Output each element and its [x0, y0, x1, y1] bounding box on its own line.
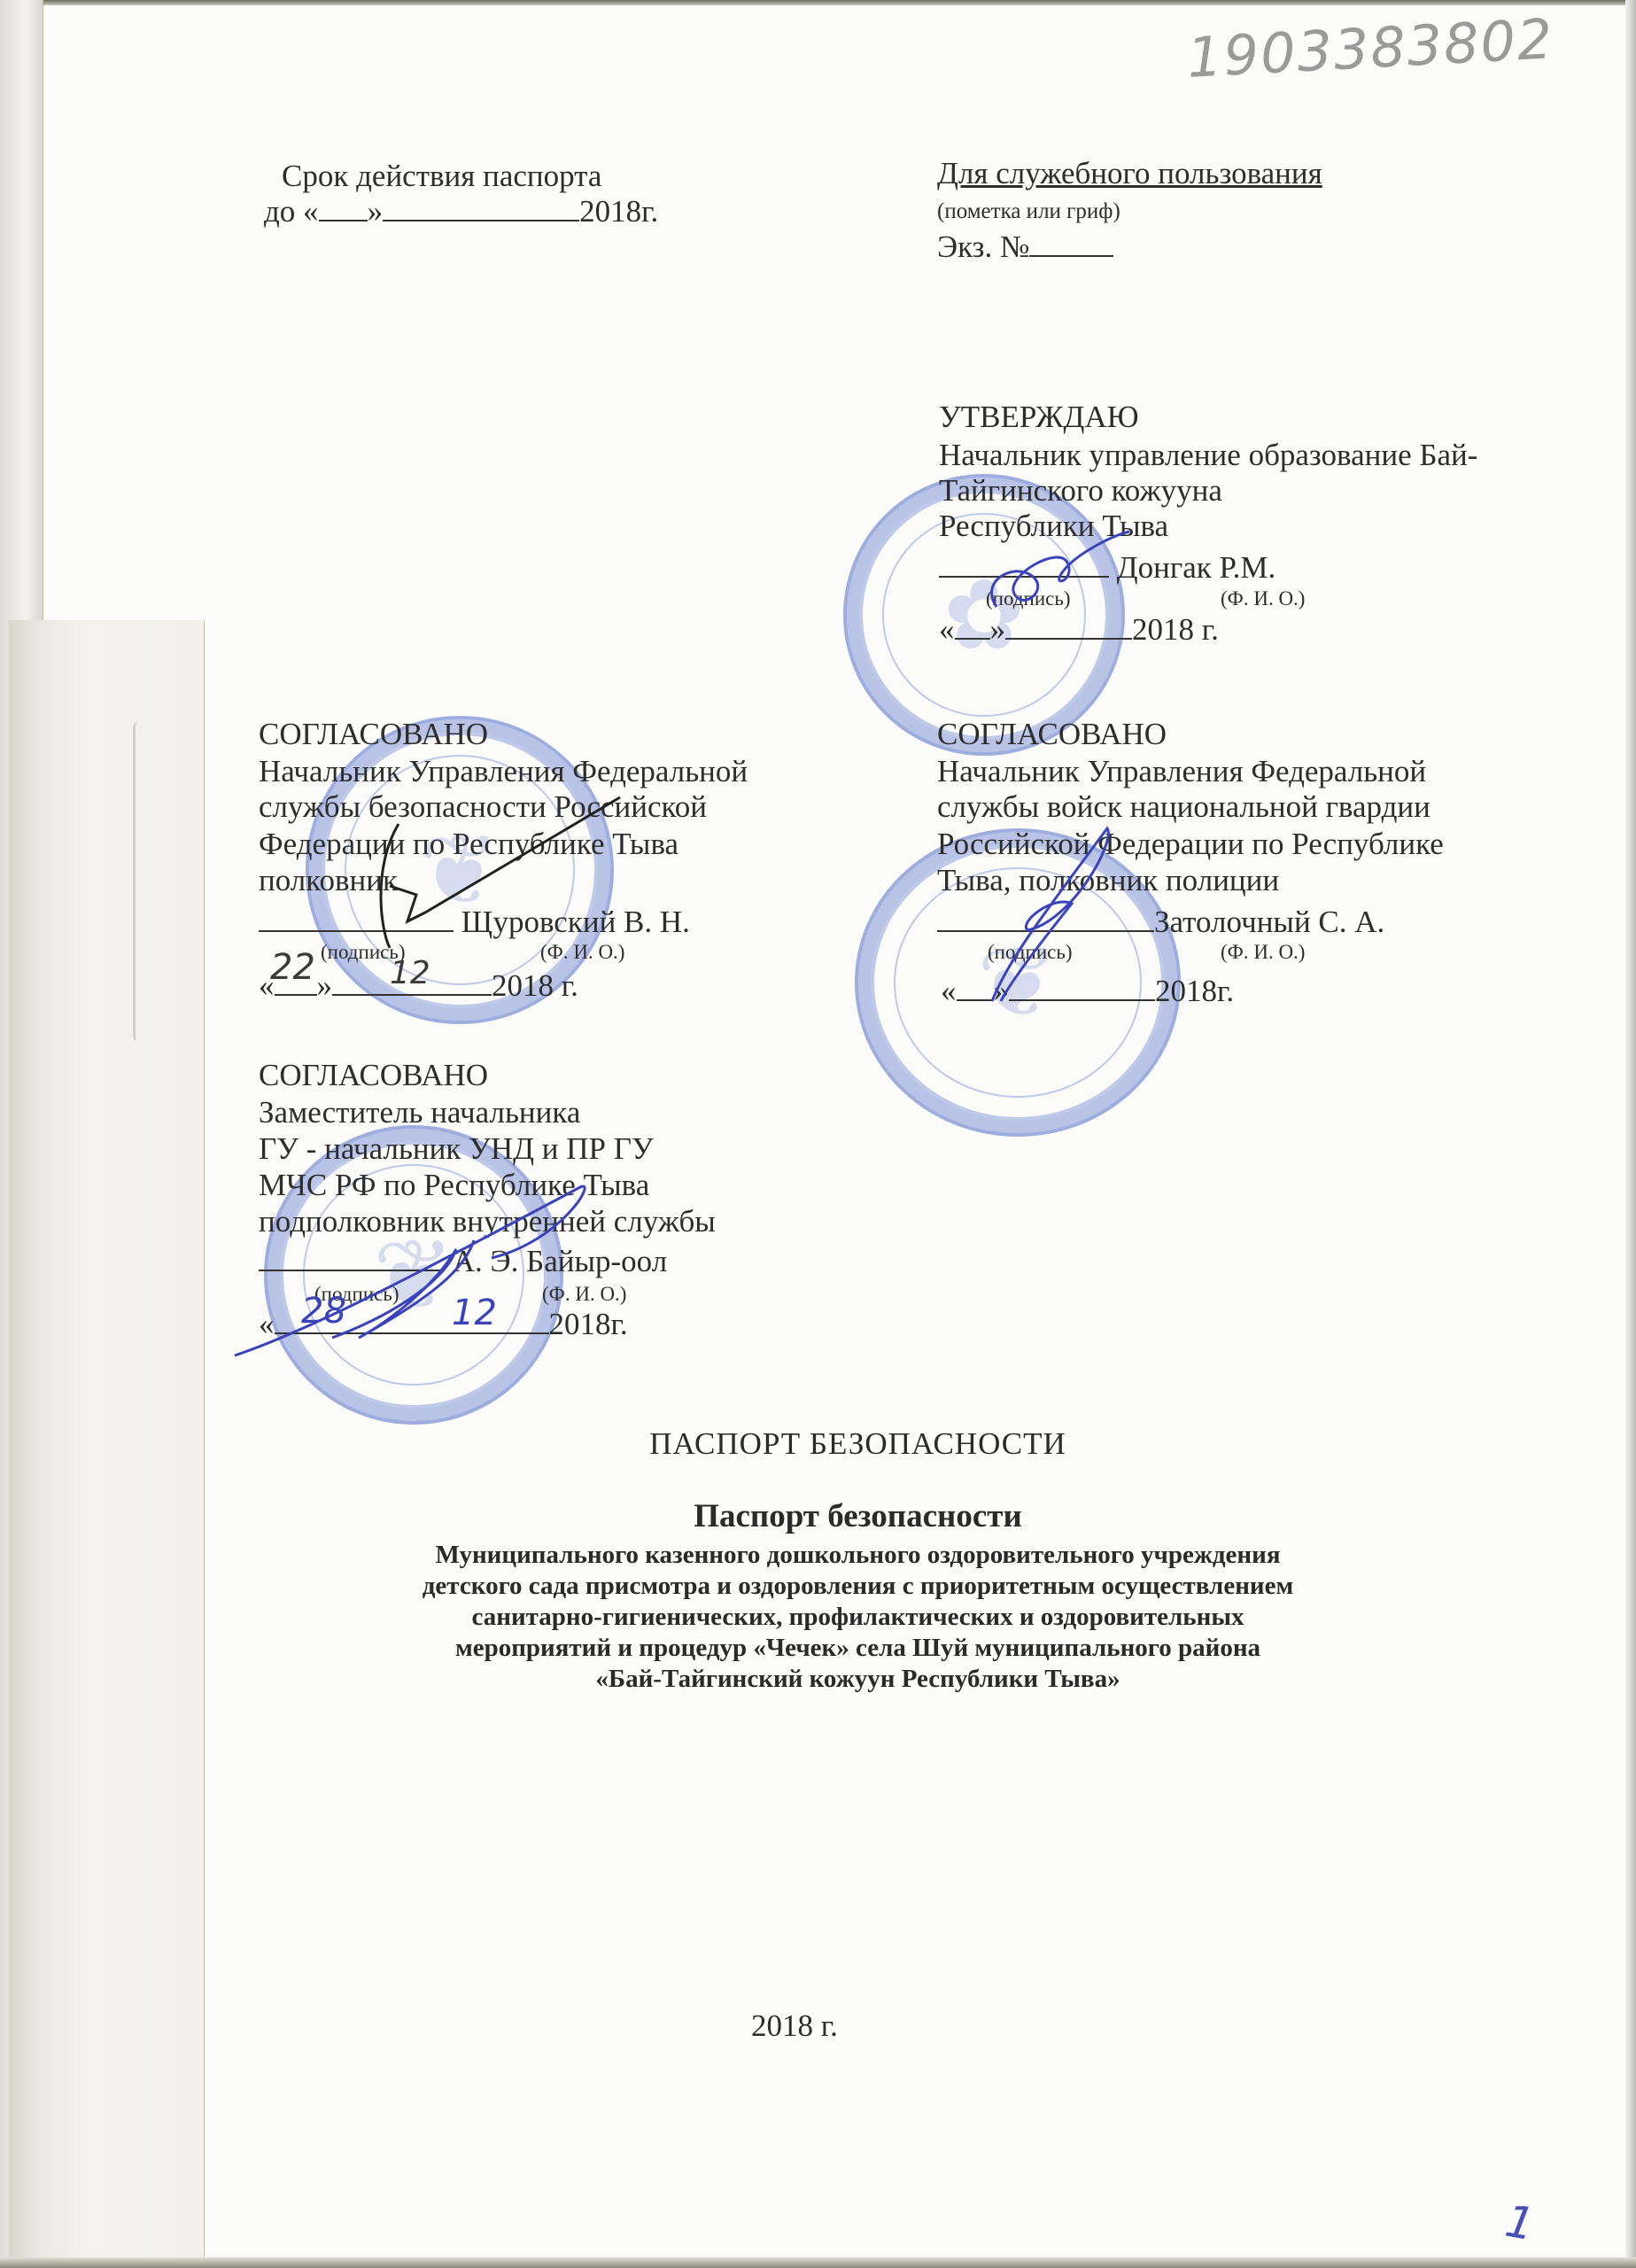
- approval-heading: УТВЕРЖДАЮ: [939, 399, 1139, 435]
- agreement-2-position-4: Тыва, полковник полиции: [937, 862, 1279, 898]
- agreement-1-signature-line: Щуровский В. Н.: [259, 904, 690, 940]
- agreement-1-position-4: полковник: [259, 862, 398, 898]
- approval-signature-line: Донгак Р.М.: [939, 549, 1275, 586]
- day-blank: [319, 216, 368, 221]
- approval-name-caption: (Ф. И. О.): [1221, 587, 1305, 610]
- approval-position-1: Начальник управление образование Бай-: [939, 437, 1477, 473]
- signature-blank: [259, 1266, 445, 1271]
- signature-blank: [259, 927, 454, 932]
- copy-number-blank: [1029, 252, 1113, 257]
- agreement-3-name: А. Э. Байыр-оол: [453, 1244, 667, 1278]
- agreement-1-name: Щуровский В. Н.: [461, 905, 690, 939]
- date-close-quote: »: [990, 612, 1006, 647]
- signature-blank: [939, 572, 1109, 578]
- agreement-2-position-2: службы войск национальной гвардии: [937, 788, 1431, 825]
- agreement-3-name-caption: (Ф. И. О.): [542, 1283, 626, 1306]
- day-blank: [957, 996, 994, 1001]
- institution-line-4: мероприятий и процедур «Чечек» села Шуй …: [80, 1633, 1636, 1664]
- agreement-2-name-caption: (Ф. И. О.): [1221, 941, 1305, 964]
- paper-top-edge: [0, 0, 1636, 5]
- document-title: ПАСПОРТ БЕЗОПАСНОСТИ: [0, 1426, 1636, 1462]
- agreement-1-name-caption: (Ф. И. О.): [540, 941, 624, 964]
- agreement-3-year: 2018г.: [549, 1307, 628, 1341]
- agreement-2-date: «»2018г.: [941, 973, 1234, 1009]
- approval-signature-caption: (подпись): [986, 587, 1070, 610]
- agreement-2-signature-line: Затолочный С. А.: [937, 904, 1384, 940]
- agreement-1-position-3: Федерации по Республике Тыва: [259, 826, 678, 862]
- agreement-1-handwritten-month: 12: [390, 955, 430, 991]
- agreement-1-year: 2018 г.: [492, 968, 578, 1003]
- agreement-2-year: 2018г.: [1155, 974, 1234, 1008]
- institution-name: Муниципального казенного дошкольного озд…: [0, 1540, 1636, 1695]
- institution-line-5: «Бай-Тайгинский кожуун Республики Тыва»: [80, 1664, 1636, 1695]
- document-subtitle: Паспорт безопасности: [0, 1497, 1636, 1535]
- footer-year: 2018 г.: [751, 2008, 838, 2044]
- agreement-2-name: Затолочный С. А.: [1154, 905, 1384, 939]
- paper-bottom-edge: [0, 2257, 1636, 2268]
- approval-position-3: Республики Тыва: [939, 508, 1168, 544]
- copy-label: Экз. №: [937, 229, 1029, 264]
- agreement-1-heading: СОГЛАСОВАНО: [259, 716, 488, 752]
- handwritten-reference-number: 1903383802: [1185, 6, 1555, 90]
- agreement-3-position-3: МЧС РФ по Республике Тыва: [259, 1167, 649, 1203]
- day-blank: [275, 990, 317, 996]
- institution-line-3: санитарно-гигиенических, профилактически…: [80, 1602, 1636, 1633]
- agreement-1-position-2: службы безопасности Российской: [259, 788, 707, 825]
- date-close-quote: »: [994, 974, 1010, 1008]
- agreement-3-position-2: ГУ - начальник УНД и ПР ГУ: [259, 1130, 654, 1167]
- classification-title: Для служебного пользования: [937, 155, 1322, 191]
- validity-year: 2018г.: [579, 194, 658, 229]
- agreement-2-signature-caption: (подпись): [988, 941, 1072, 964]
- agreement-3-position-1: Заместитель начальника: [259, 1094, 580, 1130]
- copy-number: Экз. №: [937, 229, 1113, 265]
- day-blank: [955, 634, 990, 640]
- agreement-2-position-3: Российской Федерации по Республике: [937, 826, 1444, 862]
- binding-crease: [133, 722, 144, 1041]
- approval-date: «»2018 г.: [939, 611, 1219, 648]
- classification-note: (пометка или гриф): [937, 200, 1120, 223]
- agreement-3-position-4: подполковник внутренней службы: [259, 1203, 716, 1239]
- date-open-quote: до «: [264, 194, 319, 229]
- agreement-3-signature-line: А. Э. Байыр-оол: [259, 1243, 667, 1279]
- agreement-2-heading: СОГЛАСОВАНО: [937, 716, 1167, 752]
- signature-blank: [937, 927, 1154, 932]
- approval-position-2: Тайгинского кожууна: [939, 472, 1222, 509]
- date-open-quote: «: [259, 1307, 275, 1341]
- agreement-3-handwritten-month: 12: [452, 1295, 497, 1332]
- date-open-quote: «: [939, 612, 955, 647]
- institution-line-2: детского сада присмотра и оздоровления с…: [80, 1571, 1636, 1602]
- date-open-quote: «: [941, 974, 957, 1008]
- approval-year: 2018 г.: [1132, 612, 1219, 647]
- paper-right-edge: [1625, 0, 1636, 2268]
- handwritten-page-number: 1: [1501, 2195, 1538, 2251]
- institution-line-1: Муниципального казенного дошкольного озд…: [80, 1540, 1636, 1571]
- month-blank: [1009, 996, 1155, 1001]
- validity-date: до «»2018г.: [264, 193, 658, 229]
- validity-label: Срок действия паспорта: [282, 158, 601, 194]
- approval-name: Донгак Р.М.: [1117, 550, 1275, 585]
- agreement-1-handwritten-day: 22: [270, 950, 315, 986]
- agreement-2-position-1: Начальник Управления Федеральной: [937, 753, 1426, 789]
- month-blank: [1005, 634, 1132, 640]
- date-close-quote: »: [368, 194, 384, 229]
- month-blank: [383, 216, 579, 221]
- agreement-1-position-1: Начальник Управления Федеральной: [259, 753, 748, 789]
- agreement-3-handwritten-day: 28: [301, 1293, 346, 1330]
- agreement-3-heading: СОГЛАСОВАНО: [259, 1057, 488, 1093]
- date-close-quote: »: [317, 968, 333, 1003]
